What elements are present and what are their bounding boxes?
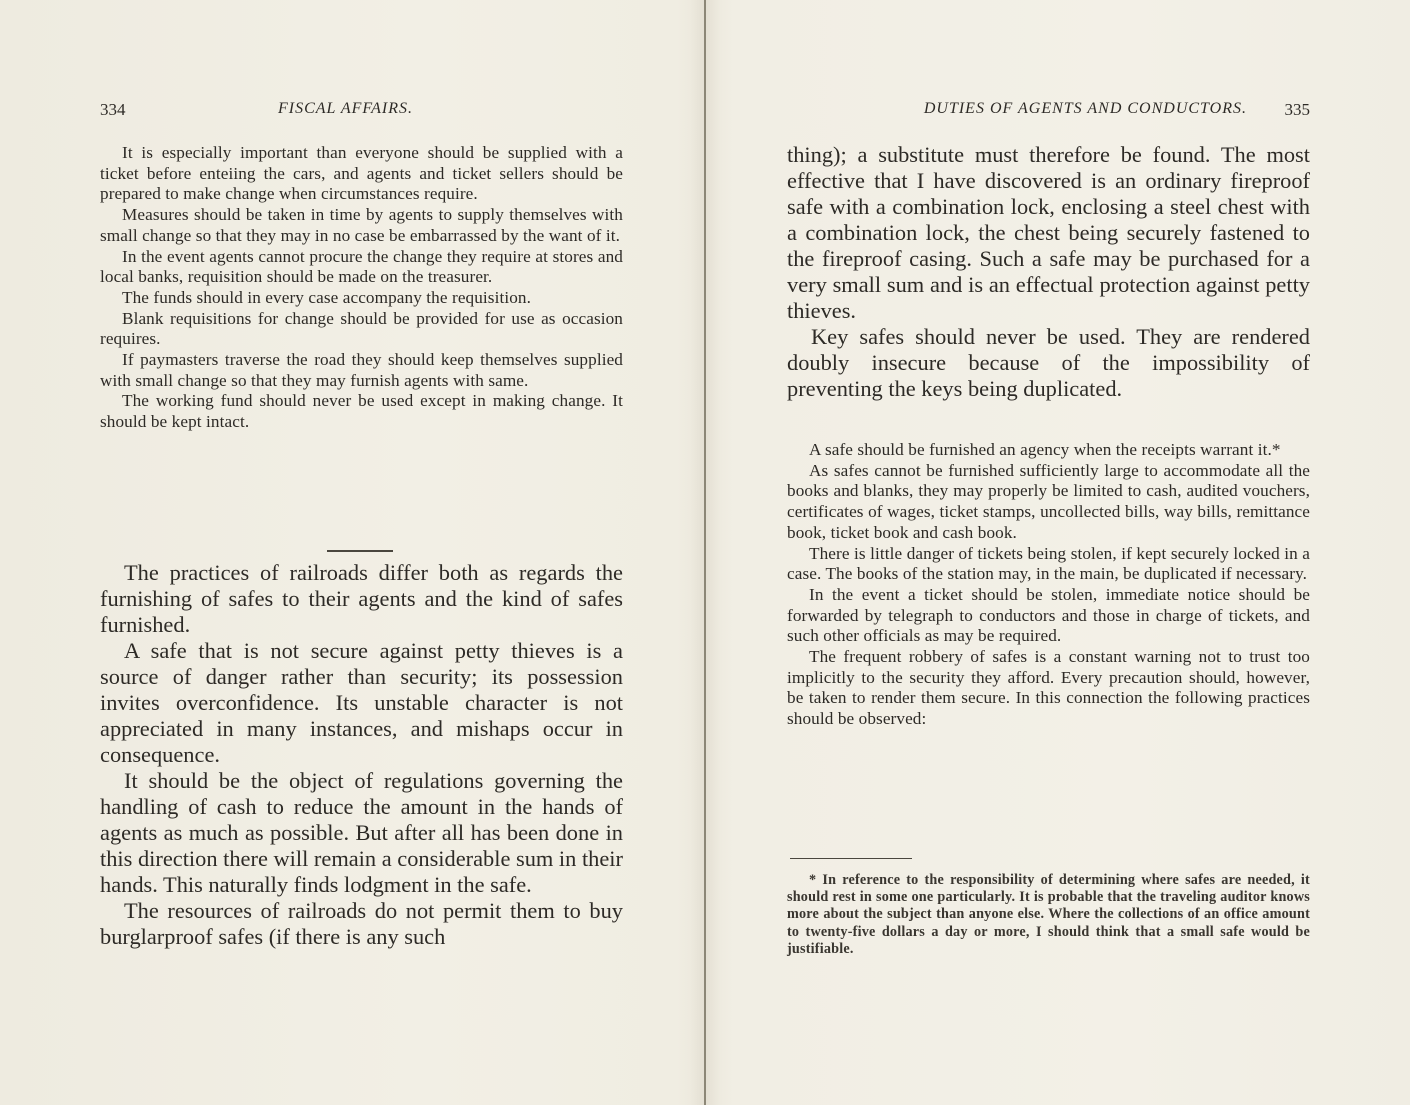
paragraph: As safes cannot be furnished sufficientl… bbox=[787, 461, 1310, 544]
right-small-text-section: A safe should be furnished an agency whe… bbox=[787, 440, 1310, 730]
page-number: 335 bbox=[1285, 100, 1311, 120]
paragraph: The practices of railroads differ both a… bbox=[100, 560, 623, 638]
paragraph: In the event agents cannot procure the c… bbox=[100, 247, 623, 288]
paragraph: Measures should be taken in time by agen… bbox=[100, 205, 623, 246]
paragraph: There is little danger of tickets being … bbox=[787, 544, 1310, 585]
left-large-text-section: The practices of railroads differ both a… bbox=[100, 560, 623, 950]
paragraph: The frequent robbery of safes is a const… bbox=[787, 647, 1310, 730]
paragraph: Key safes should never be used. They are… bbox=[787, 324, 1310, 402]
paragraph: A safe should be furnished an agency whe… bbox=[787, 440, 1310, 461]
footnote-divider bbox=[790, 858, 912, 859]
paragraph: The funds should in every case accompany… bbox=[100, 288, 623, 309]
paragraph: It should be the object of regulations g… bbox=[100, 768, 623, 898]
paragraph: Blank requisitions for change should be … bbox=[100, 309, 623, 350]
book-gutter bbox=[704, 0, 706, 1105]
left-small-text-section: It is especially important than everyone… bbox=[100, 143, 623, 433]
running-title: FISCAL AFFAIRS. bbox=[278, 100, 413, 118]
running-title: DUTIES OF AGENTS AND CONDUCTORS. bbox=[924, 100, 1247, 118]
paragraph: If paymasters traverse the road they sho… bbox=[100, 350, 623, 391]
paragraph: In the event a ticket should be stolen, … bbox=[787, 585, 1310, 647]
footnote-section: * In reference to the responsibility of … bbox=[787, 872, 1310, 958]
paragraph: It is especially important than everyone… bbox=[100, 143, 623, 205]
paragraph: thing); a substitute must therefore be f… bbox=[787, 142, 1310, 324]
left-running-head: 334 FISCAL AFFAIRS. bbox=[100, 100, 623, 122]
paragraph: The working fund should never be used ex… bbox=[100, 391, 623, 432]
section-divider bbox=[327, 550, 393, 552]
paragraph: The resources of railroads do not permit… bbox=[100, 898, 623, 950]
right-large-text-section: thing); a substitute must therefore be f… bbox=[787, 142, 1310, 402]
page-number: 334 bbox=[100, 100, 126, 120]
right-running-head: DUTIES OF AGENTS AND CONDUCTORS. 335 bbox=[787, 100, 1310, 122]
footnote: * In reference to the responsibility of … bbox=[787, 872, 1310, 958]
paragraph: A safe that is not secure against petty … bbox=[100, 638, 623, 768]
